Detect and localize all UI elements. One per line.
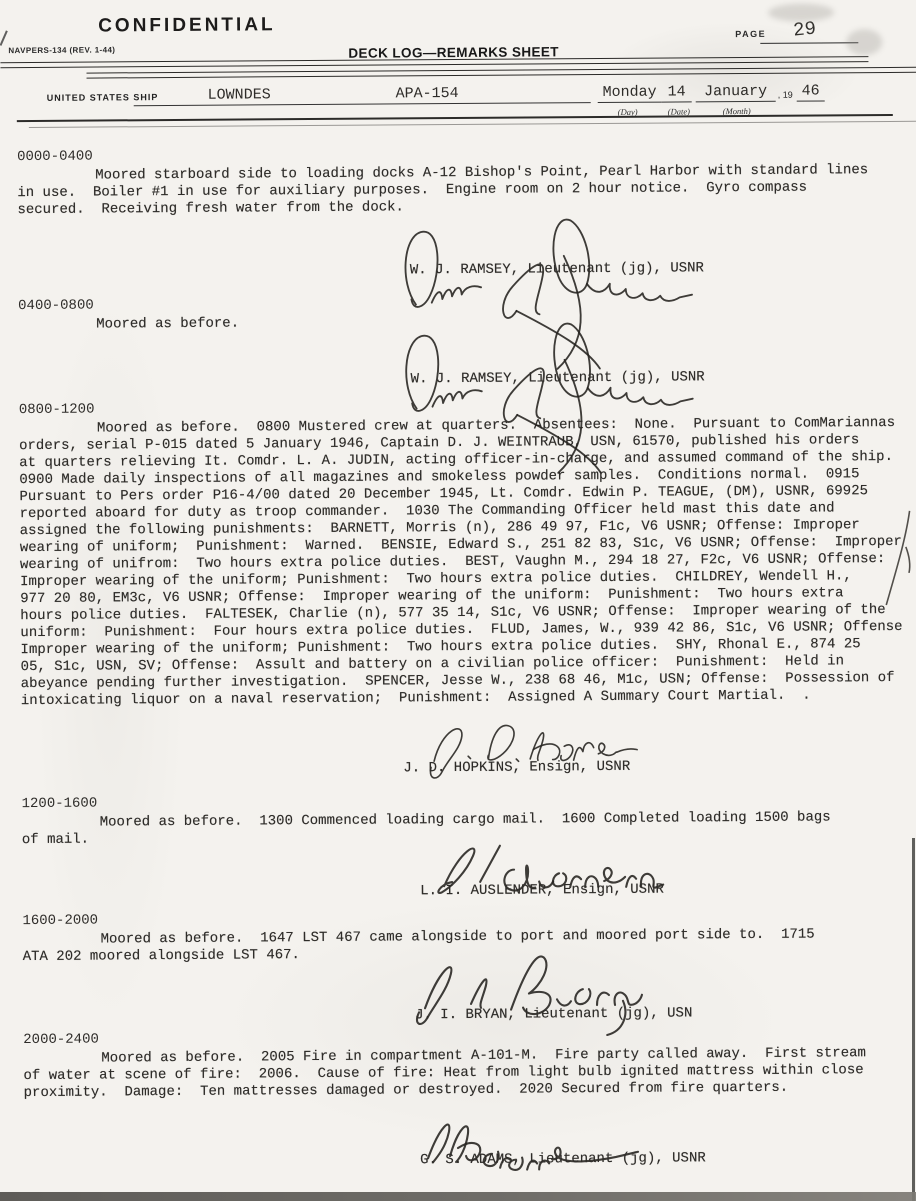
scan-smudge [846,29,882,55]
form-number: NAVPERS-134 (REV. 1-44) [8,45,115,55]
date-month: January [696,83,776,103]
signature-typed-name: J. D. HOPKINS, Ensign, USNR [403,759,630,777]
signature-handwriting [399,945,645,1039]
scan-edge-line [912,838,915,1201]
ship-name-line [134,85,591,106]
classification-stamp: CONFIDENTIAL [98,14,276,37]
pen-mark-artifact [876,509,916,609]
page-number-line [760,42,858,44]
date-day-number: 14 [662,83,692,102]
log-entries: 0000-0400Moored starboard side to loadin… [0,0,916,3]
ship-row-rule-echo [29,121,916,128]
signature-typed-name: G. S. ADAMS, Lieutenant (jg), USNR [420,1150,706,1168]
year-prefix: , 19 [778,90,793,100]
ship-row-rule [17,114,893,122]
signature-typed-name: L. I. AUSLENDER, Ensign, USNR [420,882,664,900]
log-paragraph: Moored as before. 2005 Fire in compartme… [23,1045,915,1102]
signature-typed-name: W. J. RAMSEY, Lieutenant (jg), USNR [410,260,704,278]
signature-typed-name: J. I. BRYAN, Lieutenant (jg), USN [415,1005,692,1023]
hull-number: APA-154 [396,85,459,102]
ship-name: LOWNDES [208,86,271,103]
deck-log-page: CONFIDENTIAL PAGE 29 NAVPERS-134 (REV. 1… [0,0,916,1201]
date-year: 46 [797,82,825,101]
scanned-sheet: CONFIDENTIAL PAGE 29 NAVPERS-134 (REV. 1… [0,0,916,1201]
scan-smudge [768,3,834,21]
signature-handwriting [384,298,685,490]
date-day-name: Monday [598,84,662,103]
signature-typed-name: W. J. RAMSEY, Lieutenant (jg), USNR [411,369,705,387]
scan-bottom-band [0,1192,916,1201]
header-rule-right [86,67,916,79]
page-label: PAGE [735,29,766,39]
